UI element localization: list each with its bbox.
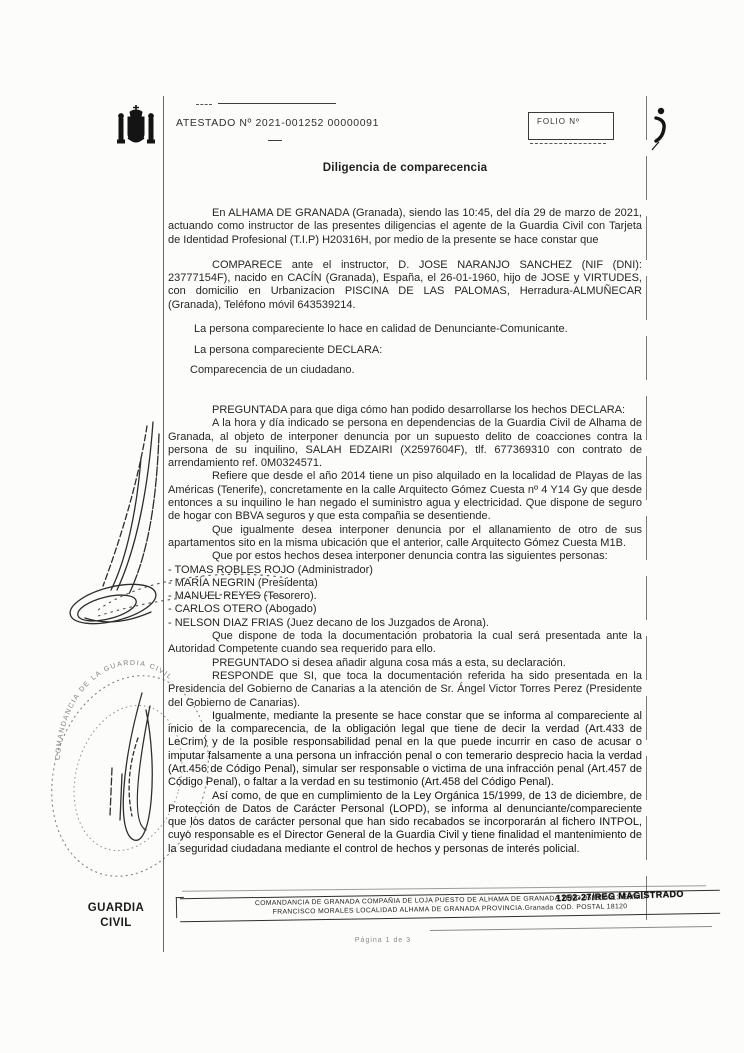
scanned-document-page: { "header": { "atestado_label": "ATESTAD… — [0, 0, 744, 1053]
svg-text:COMANDANCIA DE LA GUARDIA CIVI: COMANDANCIA DE LA GUARDIA CIVIL — [55, 660, 174, 760]
paragraph-comparece: COMPARECE ante el instructor, D. JOSE NA… — [168, 259, 642, 312]
folio-label: FOLIO Nº — [537, 117, 580, 126]
folio-underline — [530, 143, 606, 144]
paragraph-documentacion: Que dispone de toda la documentación pro… — [168, 630, 642, 657]
paragraph-hechos-1: A la hora y día indicado se persona en d… — [168, 417, 642, 470]
atestado-underline-mark — [268, 140, 282, 141]
right-margin-rule — [646, 96, 647, 934]
paragraph-hechos-2: Refiere que desde el año 2014 tiene un p… — [168, 470, 642, 523]
paragraph-hechos-3: Que igualmente desea interponer denuncia… — [168, 524, 642, 551]
document-body: En ALHAMA DE GRANADA (Granada), siendo l… — [168, 207, 642, 856]
header-dash-fragment — [196, 104, 212, 105]
folio-box: FOLIO Nº — [528, 112, 614, 140]
atestado-number: ATESTADO Nº 2021-001252 00000091 — [176, 117, 379, 129]
brand-line-1: GUARDIA — [68, 901, 164, 916]
paragraph-intro: En ALHAMA DE GRANADA (Granada), siendo l… — [168, 207, 642, 247]
round-stamp: COMANDANCIA DE LA GUARDIA CIVIL — [42, 648, 222, 888]
paragraph-declara: La persona compareciente DECLARA: — [168, 344, 642, 357]
guardia-civil-wordmark: GUARDIA CIVIL — [68, 901, 164, 930]
paragraph-comparecencia: Comparecencia de un ciudadano. — [168, 364, 642, 377]
footer-bottom-shadow-line — [430, 926, 712, 931]
paragraph-lopd: Así como, de que en cumplimiento de la L… — [168, 790, 642, 856]
corner-pen-mark — [648, 104, 674, 156]
document-title: Diligencia de comparecencia — [168, 161, 642, 174]
paragraph-preguntado: PREGUNTADO si desea añadir alguna cosa m… — [168, 657, 642, 670]
pen-connector-line — [92, 548, 292, 618]
brand-line-2: CIVIL — [68, 916, 164, 931]
paragraph-advertencia-legal: Igualmente, mediante la presente se hace… — [168, 710, 642, 790]
header-rule-fragment — [218, 103, 336, 104]
page-number: Página 1 de 3 — [308, 937, 458, 944]
spain-coat-of-arms-icon — [116, 104, 156, 152]
footer-corner-bracket — [176, 897, 184, 918]
stamp-arc-text: COMANDANCIA DE LA GUARDIA CIVIL — [55, 660, 174, 760]
paragraph-preguntada: PREGUNTADA para que diga cómo han podido… — [168, 404, 642, 417]
person-item-5: - NELSON DIAZ FRIAS (Juez decano de los … — [168, 617, 642, 630]
paragraph-responde: RESPONDE que SI, que toca la documentaci… — [168, 670, 642, 710]
paragraph-calidad: La persona compareciente lo hace en cali… — [168, 323, 642, 336]
